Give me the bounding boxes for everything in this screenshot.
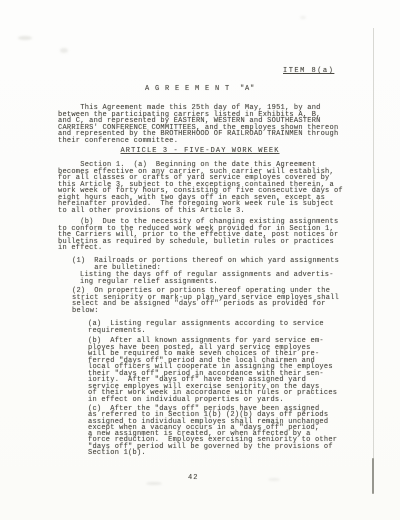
item-1-paragraph: (1) Railroads or portions thereof on whi… xyxy=(72,258,339,271)
item-2-paragraph: (2) On properties or portions thereof op… xyxy=(72,288,339,314)
item-reference-label: ITEM 8(a) xyxy=(283,68,334,75)
scanned-document-page: ITEM 8(a) A G R E E M E N T "A" This Agr… xyxy=(0,0,400,520)
subitem-b-paragraph: (b) After all known assignments for yard… xyxy=(88,338,337,403)
paragraph-b: (b) Due to the necessity of changing exi… xyxy=(58,219,338,252)
listing-paragraph: Listing the days off of regular assignme… xyxy=(80,272,334,285)
article-heading: ARTICLE 3 - FIVE-DAY WORK WEEK xyxy=(0,148,400,155)
section-1-paragraph: Section 1. (a) Beginning on the date thi… xyxy=(58,162,343,214)
page-number: 42 xyxy=(188,475,198,482)
subitem-c-paragraph: (c) After the "days off" periods have be… xyxy=(88,406,337,456)
document-title: A G R E E M E N T "A" xyxy=(0,86,400,93)
scan-smudge xyxy=(268,478,280,481)
scan-smudge xyxy=(146,482,162,485)
preamble-paragraph: This Agreement made this 25th day of May… xyxy=(58,105,338,144)
page-edge-scan-line xyxy=(373,28,374,493)
subitem-a-paragraph: (a) Listing regular assignments accordin… xyxy=(88,321,324,334)
scan-smudge xyxy=(300,16,306,19)
scan-smudge xyxy=(60,48,68,53)
page-edge-dark-mark xyxy=(372,458,374,494)
scan-smudge xyxy=(18,36,32,40)
